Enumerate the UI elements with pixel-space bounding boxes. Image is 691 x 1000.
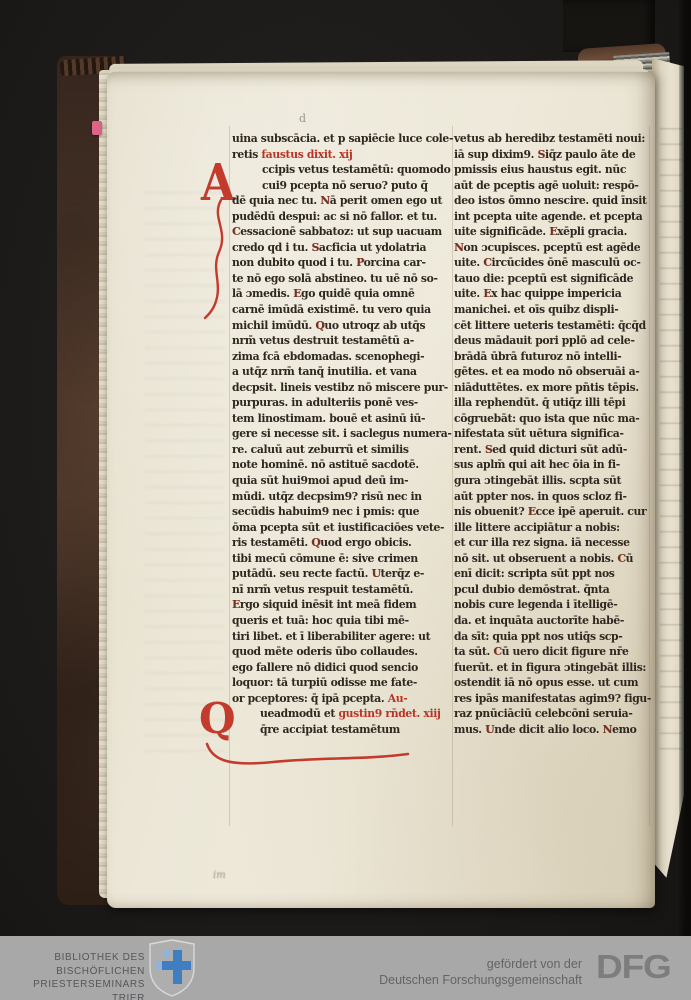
manuscript-text-line: niāduttētes. ex more pn̄tis tēpis.: [454, 380, 654, 396]
manuscript-text-line: re. caluū aut zeburrū et similis: [232, 442, 458, 458]
manuscript-text-line: dē quia nec tu. Nā perit omen ego ut: [232, 193, 458, 209]
manuscript-text-line: quod mēte oderis ūbo collaudes.: [232, 644, 458, 660]
manuscript-text-line: zima fcā ebdomadas. scenophegi-: [232, 349, 458, 365]
manuscript-text-line: enī dicit: scripta sūt ppt nos: [454, 566, 654, 582]
manuscript-text-line: Cessacionē sabbatoz: ut sup uacuam: [232, 224, 458, 240]
right-shadow-strip: [679, 0, 691, 936]
library-wordmark-line: BISCHÖFLICHEN: [0, 965, 145, 979]
manuscript-text-line: et cur illa rez signa. iā necesse: [454, 535, 654, 551]
manuscript-text-line: retis faustus dixit. xij: [232, 147, 458, 163]
manuscript-scan-view: d im A Q uina subscācia. et p sapiēcie l…: [0, 0, 691, 1000]
text-column-left: uina subscācia. et p sapiēcie luce cole-…: [232, 131, 458, 737]
manuscript-text-line: q̄re accipiat testamētum: [232, 722, 458, 738]
manuscript-text-line: Ergo siquid inēsit int meā fidem: [232, 597, 458, 613]
manuscript-text-line: ris testamēti. Quod ergo obicis.: [232, 535, 458, 551]
text-column-right: vetus ab heredibz testamēti noui:iā sup …: [454, 131, 654, 737]
manuscript-text-line: te nō ego solā abstineo. tu uē nō so-: [232, 271, 458, 287]
footer-banner: BIBLIOTHEK DES BISCHÖFLICHEN PRIESTERSEM…: [0, 936, 691, 1000]
manuscript-text-line: tiri libet. et ī liberabiliter agere: ut: [232, 629, 458, 645]
manuscript-text-line: ille littere accipiātur a nobis:: [454, 520, 654, 536]
manuscript-text-line: mus. Unde dicit alio loco. Nemo: [454, 722, 654, 738]
manuscript-text-line: aūt de pceptis agē uoluit: respō-: [454, 178, 654, 194]
manuscript-text-line: ōma pcepta sūt et iustificaciōes vete-: [232, 520, 458, 536]
manuscript-text-line: Non ɔcupisces. pceptū est agēde: [454, 240, 654, 256]
manuscript-text-line: ta sūt. Cū uero dicit figure nr̄e: [454, 644, 654, 660]
manuscript-page: d im A Q uina subscācia. et p sapiēcie l…: [107, 72, 655, 908]
manuscript-text-line: quia sūt hui9moi apud deū im-: [232, 473, 458, 489]
manuscript-text-line: da. et inquāta auctorīte habē-: [454, 613, 654, 629]
pink-bookmark-tab: [92, 121, 102, 135]
manuscript-text-line: uite. Ex hac quippe impericia: [454, 286, 654, 302]
manuscript-text-line: loquor: tā turpiū odisse me fate-: [232, 675, 458, 691]
manuscript-text-line: pmissis eius haustus egit. nūc: [454, 162, 654, 178]
manuscript-text-line: credo qd i tu. Sacficia ut ydolatria: [232, 240, 458, 256]
manuscript-text-line: cui9 pcepta nō seruo? puto q̄: [232, 178, 458, 194]
manuscript-text-line: queris et tuā: hoc quia tibi mē-: [232, 613, 458, 629]
manuscript-text-line: uina subscācia. et p sapiēcie luce cole-: [232, 131, 458, 147]
manuscript-text-line: lā ɔmedis. Ego quidē quia omnē: [232, 286, 458, 302]
manuscript-text-line: tem linostimam. bouē et asinū iū-: [232, 411, 458, 427]
manuscript-text-line: fuerūt. et in figura ɔtingebāt illis:: [454, 660, 654, 676]
manuscript-text-line: nō sit. ut obseruent a nobis. Cū: [454, 551, 654, 567]
manuscript-text-line: iā sup dixim9. Siq̄z paulo āte de: [454, 147, 654, 163]
marginal-mark-top: d: [299, 112, 306, 125]
manuscript-text-line: nobis cure legenda i ītelligē-: [454, 597, 654, 613]
manuscript-text-line: gētes. et ea modo nō obseruāi a-: [454, 364, 654, 380]
marginal-mark-bottom: im: [213, 870, 226, 881]
manuscript-text-line: raz pnūciāciū celebcōni seruia-: [454, 706, 654, 722]
manuscript-text-line: gere si necesse sit. i saclegus numera-: [232, 426, 458, 442]
manuscript-text-line: secūdis habuim9 nec i pmis: que: [232, 504, 458, 520]
dfg-credit: gefördert von der Deutschen Forschungsge…: [320, 957, 582, 988]
manuscript-text-line: brādā ūbrā futuroz nō intelli-: [454, 349, 654, 365]
manuscript-text-line: uite significāde. Exēpli gracia.: [454, 224, 654, 240]
dfg-credit-line: Deutschen Forschungsgemeinschaft: [320, 973, 582, 989]
manuscript-text-line: or pceptores: q̄ ipā pcepta. Au-: [232, 691, 458, 707]
manuscript-text-line: nrm̄ vetus destruit testamētū a-: [232, 333, 458, 349]
manuscript-text-line: decpsit. lineis vestibz nō miscere pur-: [232, 380, 458, 396]
manuscript-text-line: illa rephendūt. q̄ utiq̄z illi tēpi: [454, 395, 654, 411]
manuscript-text-line: rent. Sed quid dicturi sūt adū-: [454, 442, 654, 458]
manuscript-text-line: nis obuenit? Ecce ipē aperuit. cur: [454, 504, 654, 520]
dfg-credit-line: gefördert von der: [320, 957, 582, 973]
manuscript-text-line: a utq̄z nrm̄ tanq̄ inutilia. et vana: [232, 364, 458, 380]
manuscript-text-line: pudēdū despui: ac si nō fallor. et tu.: [232, 209, 458, 225]
manuscript-text-line: ueadmodū et gustin9 rn̄det. xiij: [232, 706, 458, 722]
manuscript-text-line: ccipis vetus testamētū: quomodo: [232, 162, 458, 178]
manuscript-text-line: deus mādauit pori pplō ad cele-: [454, 333, 654, 349]
manuscript-text-line: int pcepta uite agende. et pcepta: [454, 209, 654, 225]
manuscript-text-line: nī nrm̄ vetus respuit testamētū.: [232, 582, 458, 598]
manuscript-text-line: uite. Circūcides ōnē masculū oc-: [454, 255, 654, 271]
manuscript-text-line: putādū. seu recte factū. Uterq̄z e-: [232, 566, 458, 582]
manuscript-text-line: pcul dubio demōstrat. q̄nta: [454, 582, 654, 598]
rubricated-initial-q: Q: [199, 694, 236, 743]
library-wordmark-line: PRIESTERSEMINARS TRIER: [0, 978, 145, 1000]
manuscript-text-line: res ipās manifestatas agim9? figu-: [454, 691, 654, 707]
library-shield-icon: [147, 938, 197, 998]
manuscript-text-line: tibi mecū cōmune ē: sive crimen: [232, 551, 458, 567]
manuscript-text-line: mūdi. utq̄z decpsim9? risū nec in: [232, 489, 458, 505]
manuscript-text-line: ego fallere nō didici quod sencio: [232, 660, 458, 676]
manuscript-text-line: note hominē. nō astituē sacdotē.: [232, 457, 458, 473]
manuscript-text-line: deo istos ōmno nescire. quid īnsit: [454, 193, 654, 209]
manuscript-text-line: manichei. et oīs quibz displi-: [454, 302, 654, 318]
manuscript-text-line: purpuras. in adulteriis ponē ves-: [232, 395, 458, 411]
manuscript-text-line: vetus ab heredibz testamēti noui:: [454, 131, 654, 147]
library-wordmark: BIBLIOTHEK DES BISCHÖFLICHEN PRIESTERSEM…: [0, 951, 145, 1000]
manuscript-text-line: ostendit iā nō opus esse. ut cum: [454, 675, 654, 691]
manuscript-text-line: tauo die: pceptū est significāde: [454, 271, 654, 287]
manuscript-text-line: gura ɔtingebāt illis. scpta sūt: [454, 473, 654, 489]
manuscript-text-line: nifestata sūt uētura significa-: [454, 426, 654, 442]
manuscript-text-line: michil imūdū. Quo utroqz ab utq̄s: [232, 318, 458, 334]
library-wordmark-line: BIBLIOTHEK DES: [0, 951, 145, 965]
manuscript-text-line: cēt littere ueteris testamēti: q̄cq̄d: [454, 318, 654, 334]
dfg-logo: DFG: [596, 948, 671, 986]
manuscript-text-line: da sīt: quia ppt nos utiq̄s scp-: [454, 629, 654, 645]
initial-q-flourish: [203, 740, 413, 770]
manuscript-text-line: aūt ppter nos. in quos scloz fi-: [454, 489, 654, 505]
manuscript-text-line: cōgruebāt: quo ista que nūc ma-: [454, 411, 654, 427]
manuscript-text-line: non dubito quod i tu. Porcina car-: [232, 255, 458, 271]
manuscript-text-line: carnē imūdā existimē. tu vero quia: [232, 302, 458, 318]
manuscript-text-line: sus aplm̄ qui ait hec ōia in fi-: [454, 457, 654, 473]
